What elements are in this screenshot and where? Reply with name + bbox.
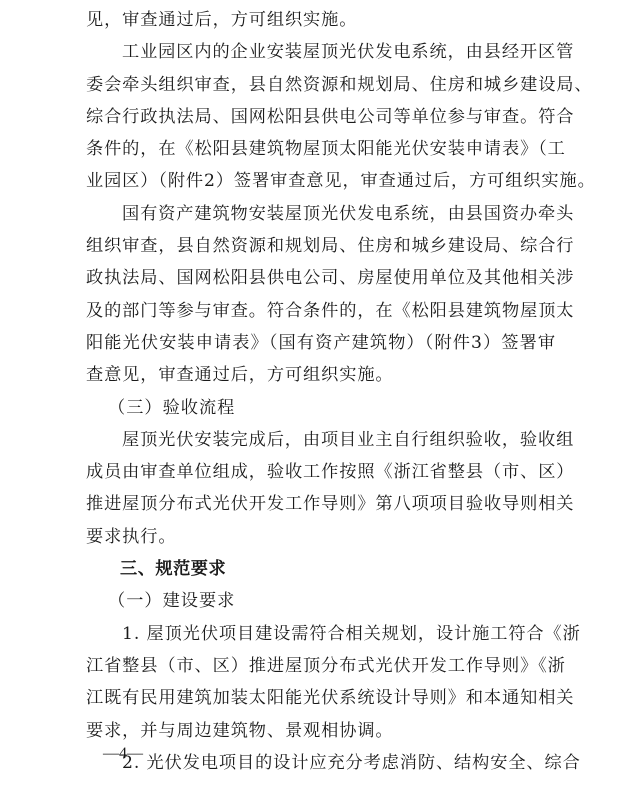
paragraph-first-line: 1. 屋顶光伏项目建设需符合相关规划，设计施工符合《浙 xyxy=(86,618,556,650)
body-line: 政执法局、国网松阳县供电公司、房屋使用单位及其他相关涉 xyxy=(86,262,556,294)
body-line: 条件的，在《松阳县建筑物屋顶太阳能光伏安装申请表》（工 xyxy=(86,133,556,165)
body-line: 委会牵头组织审查，县自然资源和规划局、住房和城乡建设局、 xyxy=(86,69,556,101)
page-number: —4— xyxy=(103,745,143,763)
paragraph-first-line: 屋顶光伏安装完成后，由项目业主自行组织验收，验收组 xyxy=(86,424,556,456)
body-line: 江省整县（市、区）推进屋顶分布式光伏开发工作导则》《浙 xyxy=(86,650,556,682)
body-line: 综合行政执法局、国网松阳县供电公司等单位参与审查。符合 xyxy=(86,101,556,133)
body-line: 业园区）（附件2）签署审查意见，审查通过后，方可组织实施。 xyxy=(86,165,556,197)
paragraph-last-line: 见，审查通过后，方可组织实施。 xyxy=(86,4,556,36)
document-page: 见，审查通过后，方可组织实施。工业园区内的企业安装屋顶光伏发电系统，由县经开区管… xyxy=(86,4,556,779)
body-line: 组织审查，县自然资源和规划局、住房和城乡建设局、综合行 xyxy=(86,230,556,262)
paragraph-last-line: 要求执行。 xyxy=(86,521,556,553)
subsection-heading: （三）验收流程 xyxy=(86,392,556,424)
body-line: 阳能光伏安装申请表》（国有资产建筑物）（附件3）签署审 xyxy=(86,327,556,359)
subsection-heading: （一）建设要求 xyxy=(86,585,556,617)
paragraph-first-line: 工业园区内的企业安装屋顶光伏发电系统，由县经开区管 xyxy=(86,36,556,68)
paragraph-last-line: 查意见，审查通过后，方可组织实施。 xyxy=(86,359,556,391)
section-heading: 三、规范要求 xyxy=(86,553,556,585)
paragraph-last-line: 要求，并与周边建筑物、景观相协调。 xyxy=(86,715,556,747)
body-line: 成员由审查单位组成，验收工作按照《浙江省整县（市、区） xyxy=(86,456,556,488)
body-line: 推进屋顶分布式光伏开发工作导则》第八项项目验收导则相关 xyxy=(86,488,556,520)
body-line: 及的部门等参与审查。符合条件的，在《松阳县建筑物屋顶太 xyxy=(86,295,556,327)
paragraph-first-line: 2. 光伏发电项目的设计应充分考虑消防、结构安全、综合 xyxy=(86,747,556,779)
body-line: 江既有民用建筑加装太阳能光伏系统设计导则》和本通知相关 xyxy=(86,682,556,714)
paragraph-first-line: 国有资产建筑物安装屋顶光伏发电系统，由县国资办牵头 xyxy=(86,198,556,230)
